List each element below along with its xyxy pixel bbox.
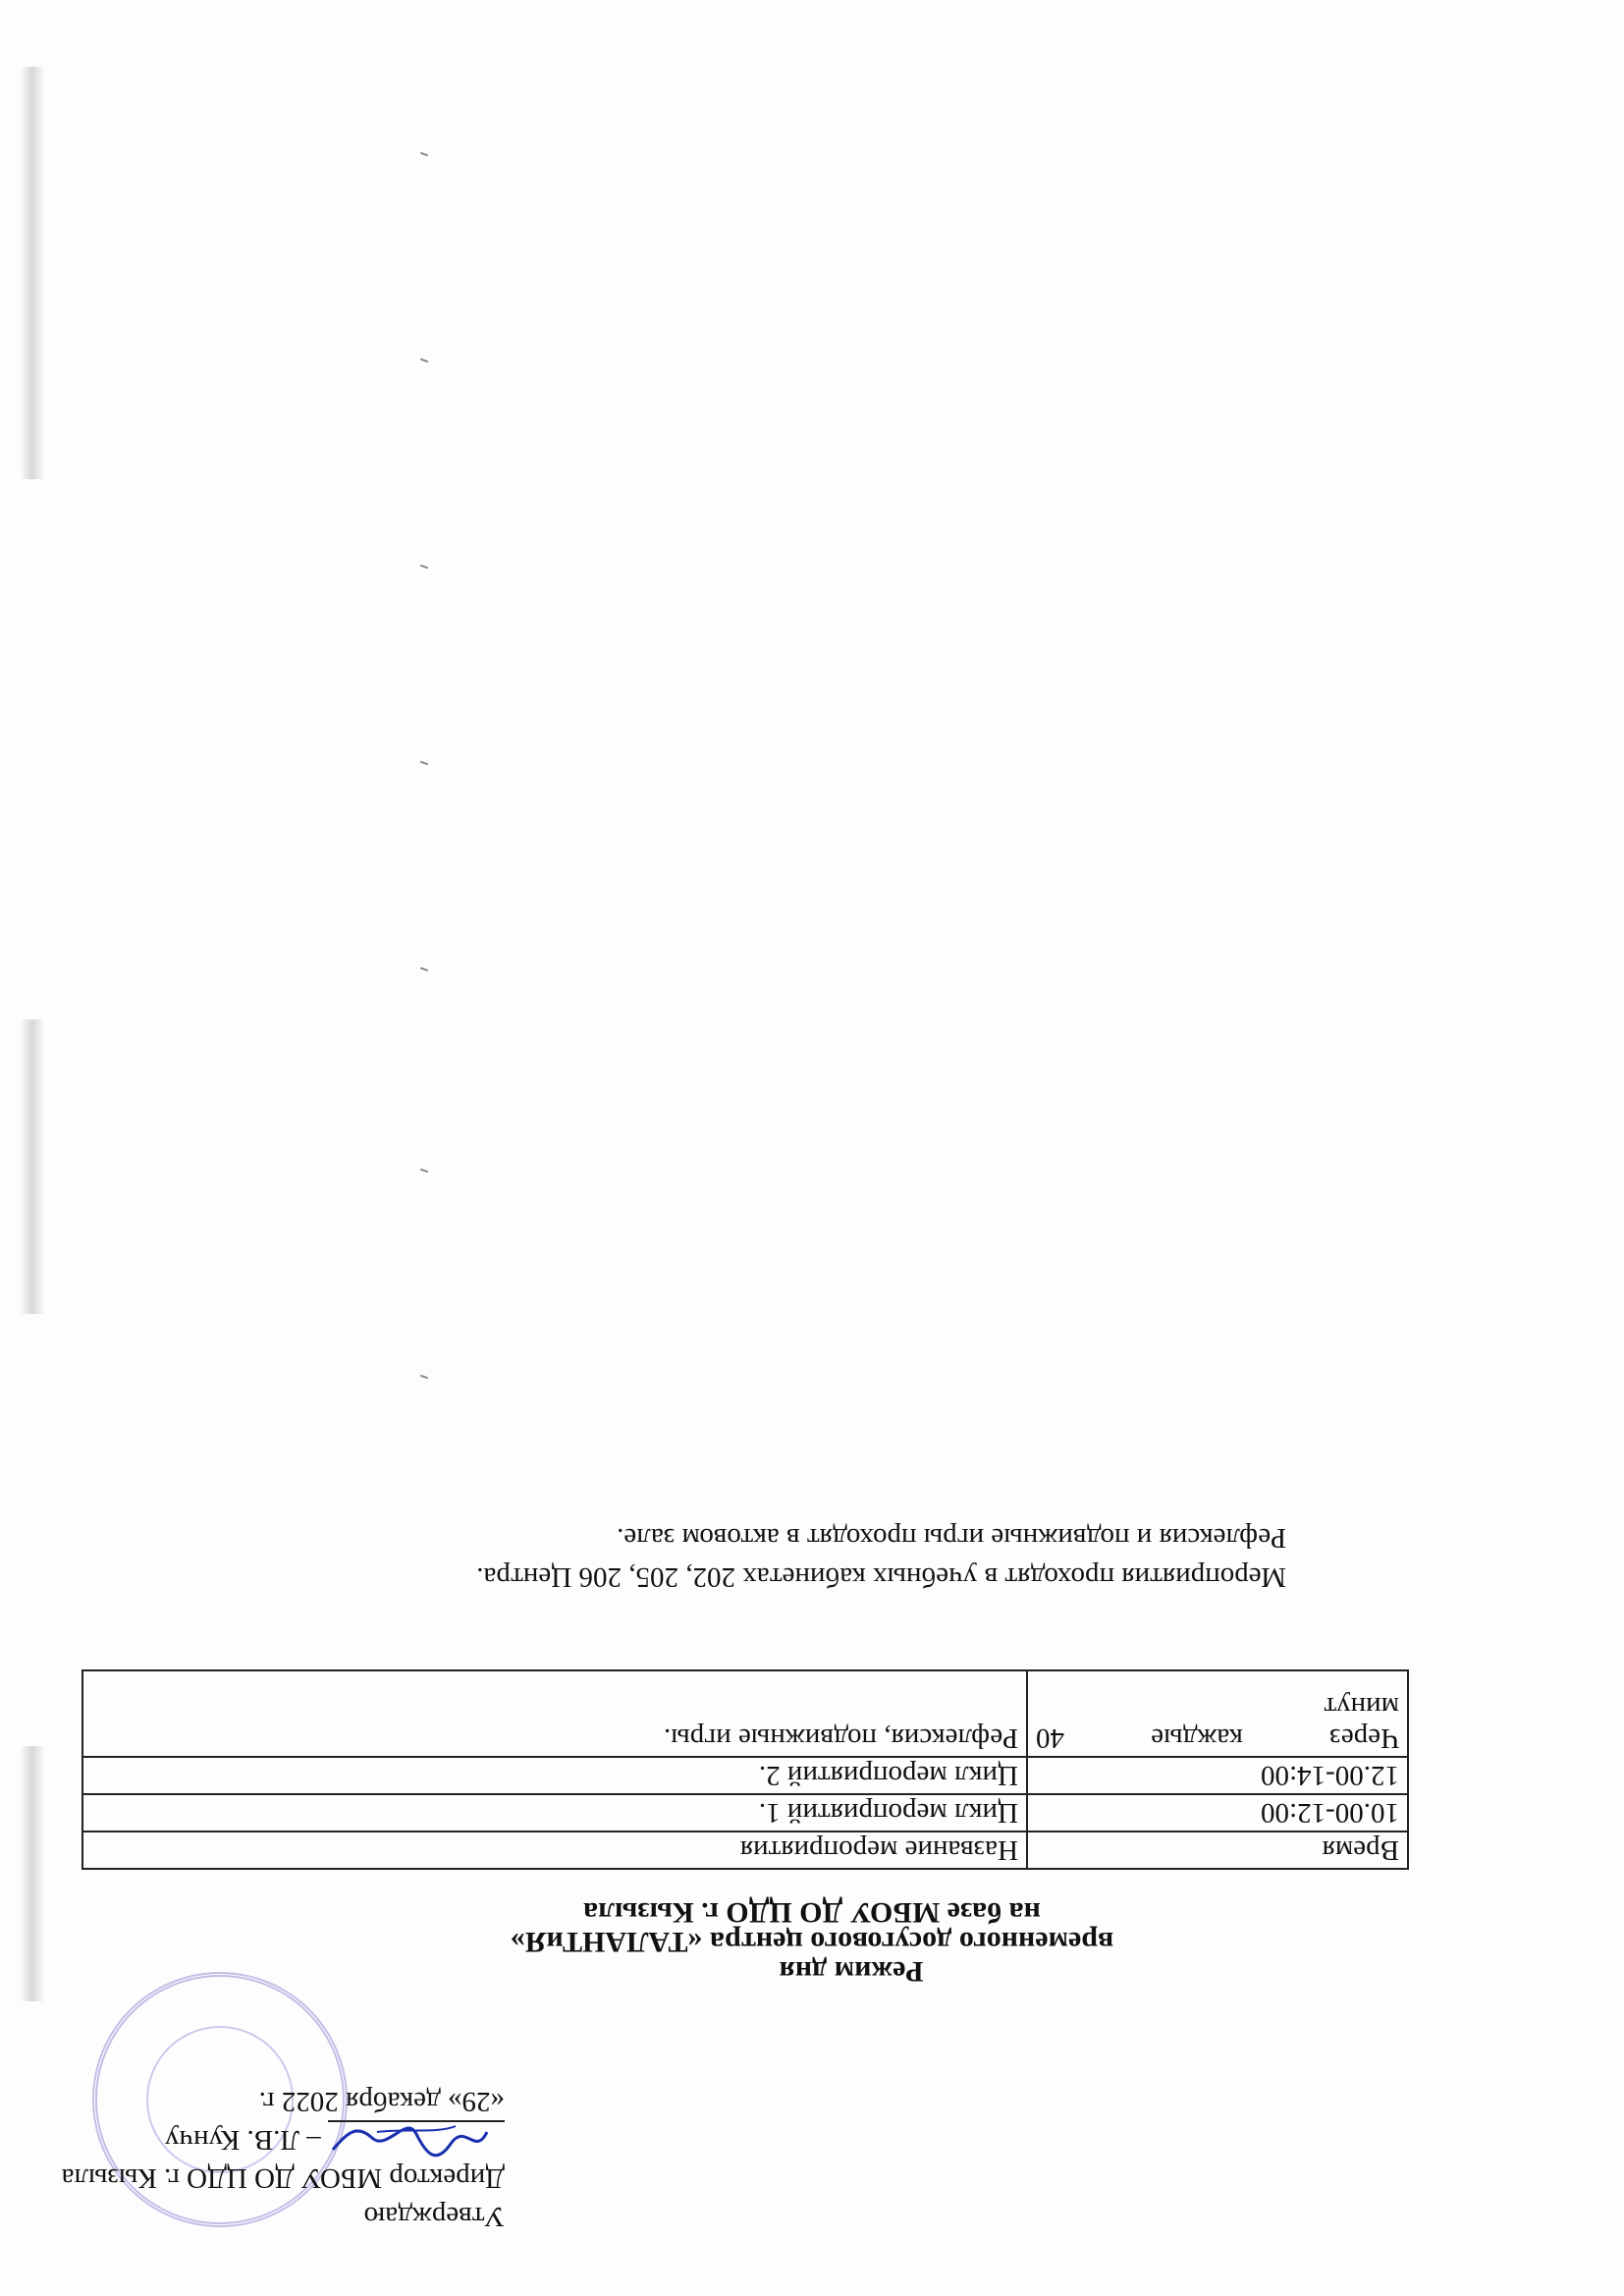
table-header-row: Время Название мероприятия bbox=[82, 1831, 1408, 1869]
table-row: Через каждые 40 минут Рефлексия, подвижн… bbox=[82, 1670, 1408, 1757]
notes: Мероприятия проходят в учебных кабинетах… bbox=[108, 1518, 1286, 1597]
signature-line bbox=[328, 2120, 505, 2148]
time-part: Через bbox=[1329, 1722, 1399, 1754]
table-row: 12.00-14:00 Цикл мероприятий 2. bbox=[82, 1757, 1408, 1794]
approval-signatory-line: – Л.В. Кунчу bbox=[92, 2120, 505, 2159]
header-event: Название мероприятия bbox=[82, 1831, 1027, 1869]
scan-mark bbox=[420, 358, 428, 363]
approval-position: Директор МБОУ ДО ЦДО г. Кызыла bbox=[92, 2159, 505, 2197]
scan-mark bbox=[420, 1375, 428, 1380]
row-time: 10.00-12:00 bbox=[1027, 1794, 1408, 1831]
table-row: 10.00-12:00 Цикл мероприятий 1. bbox=[82, 1794, 1408, 1831]
time-part: 40 bbox=[1036, 1722, 1064, 1754]
scan-mark bbox=[420, 152, 428, 157]
scan-mark bbox=[420, 565, 428, 570]
approval-block: Утверждаю Директор МБОУ ДО ЦДО г. Кызыла… bbox=[92, 2082, 505, 2235]
scan-mark bbox=[420, 1169, 428, 1174]
title-line-1: Режим дня bbox=[0, 1956, 1624, 1986]
title-line-2: временного досугового центра «ТАЛАНТиЯ» bbox=[0, 1927, 1624, 1956]
scan-streak bbox=[20, 67, 45, 479]
header-time: Время bbox=[1027, 1831, 1408, 1869]
scan-mark bbox=[420, 761, 428, 766]
row-time: Через каждые 40 минут bbox=[1027, 1670, 1408, 1757]
approval-date: «29» декабря 2022 г. bbox=[92, 2082, 505, 2120]
document-title: Режим дня временного досугового центра «… bbox=[0, 1897, 1624, 1986]
row-event: Рефлексия, подвижные игры. bbox=[82, 1670, 1027, 1757]
row-event: Цикл мероприятий 2. bbox=[82, 1757, 1027, 1794]
row-event: Цикл мероприятий 1. bbox=[82, 1794, 1027, 1831]
document-page: Утверждаю Директор МБОУ ДО ЦДО г. Кызыла… bbox=[0, 0, 1624, 2296]
schedule-table: Время Название мероприятия 10.00-12:00 Ц… bbox=[81, 1669, 1409, 1870]
note-line-1: Мероприятия проходят в учебных кабинетах… bbox=[108, 1558, 1286, 1597]
approval-signatory: Л.В. Кунчу bbox=[165, 2124, 299, 2156]
title-line-3: на базе МБОУ ДО ЦДО г. Кызыла bbox=[0, 1897, 1624, 1927]
scan-streak bbox=[20, 1019, 45, 1314]
note-line-2: Рефлексия и подвижные игры проходят в ак… bbox=[108, 1518, 1286, 1558]
scan-mark bbox=[420, 967, 428, 972]
approval-label: Утверждаю bbox=[92, 2197, 505, 2235]
time-tail: минут bbox=[1036, 1691, 1399, 1722]
signature-icon bbox=[328, 2118, 495, 2161]
time-part: каждые bbox=[1151, 1722, 1243, 1754]
row-time: 12.00-14:00 bbox=[1027, 1757, 1408, 1794]
